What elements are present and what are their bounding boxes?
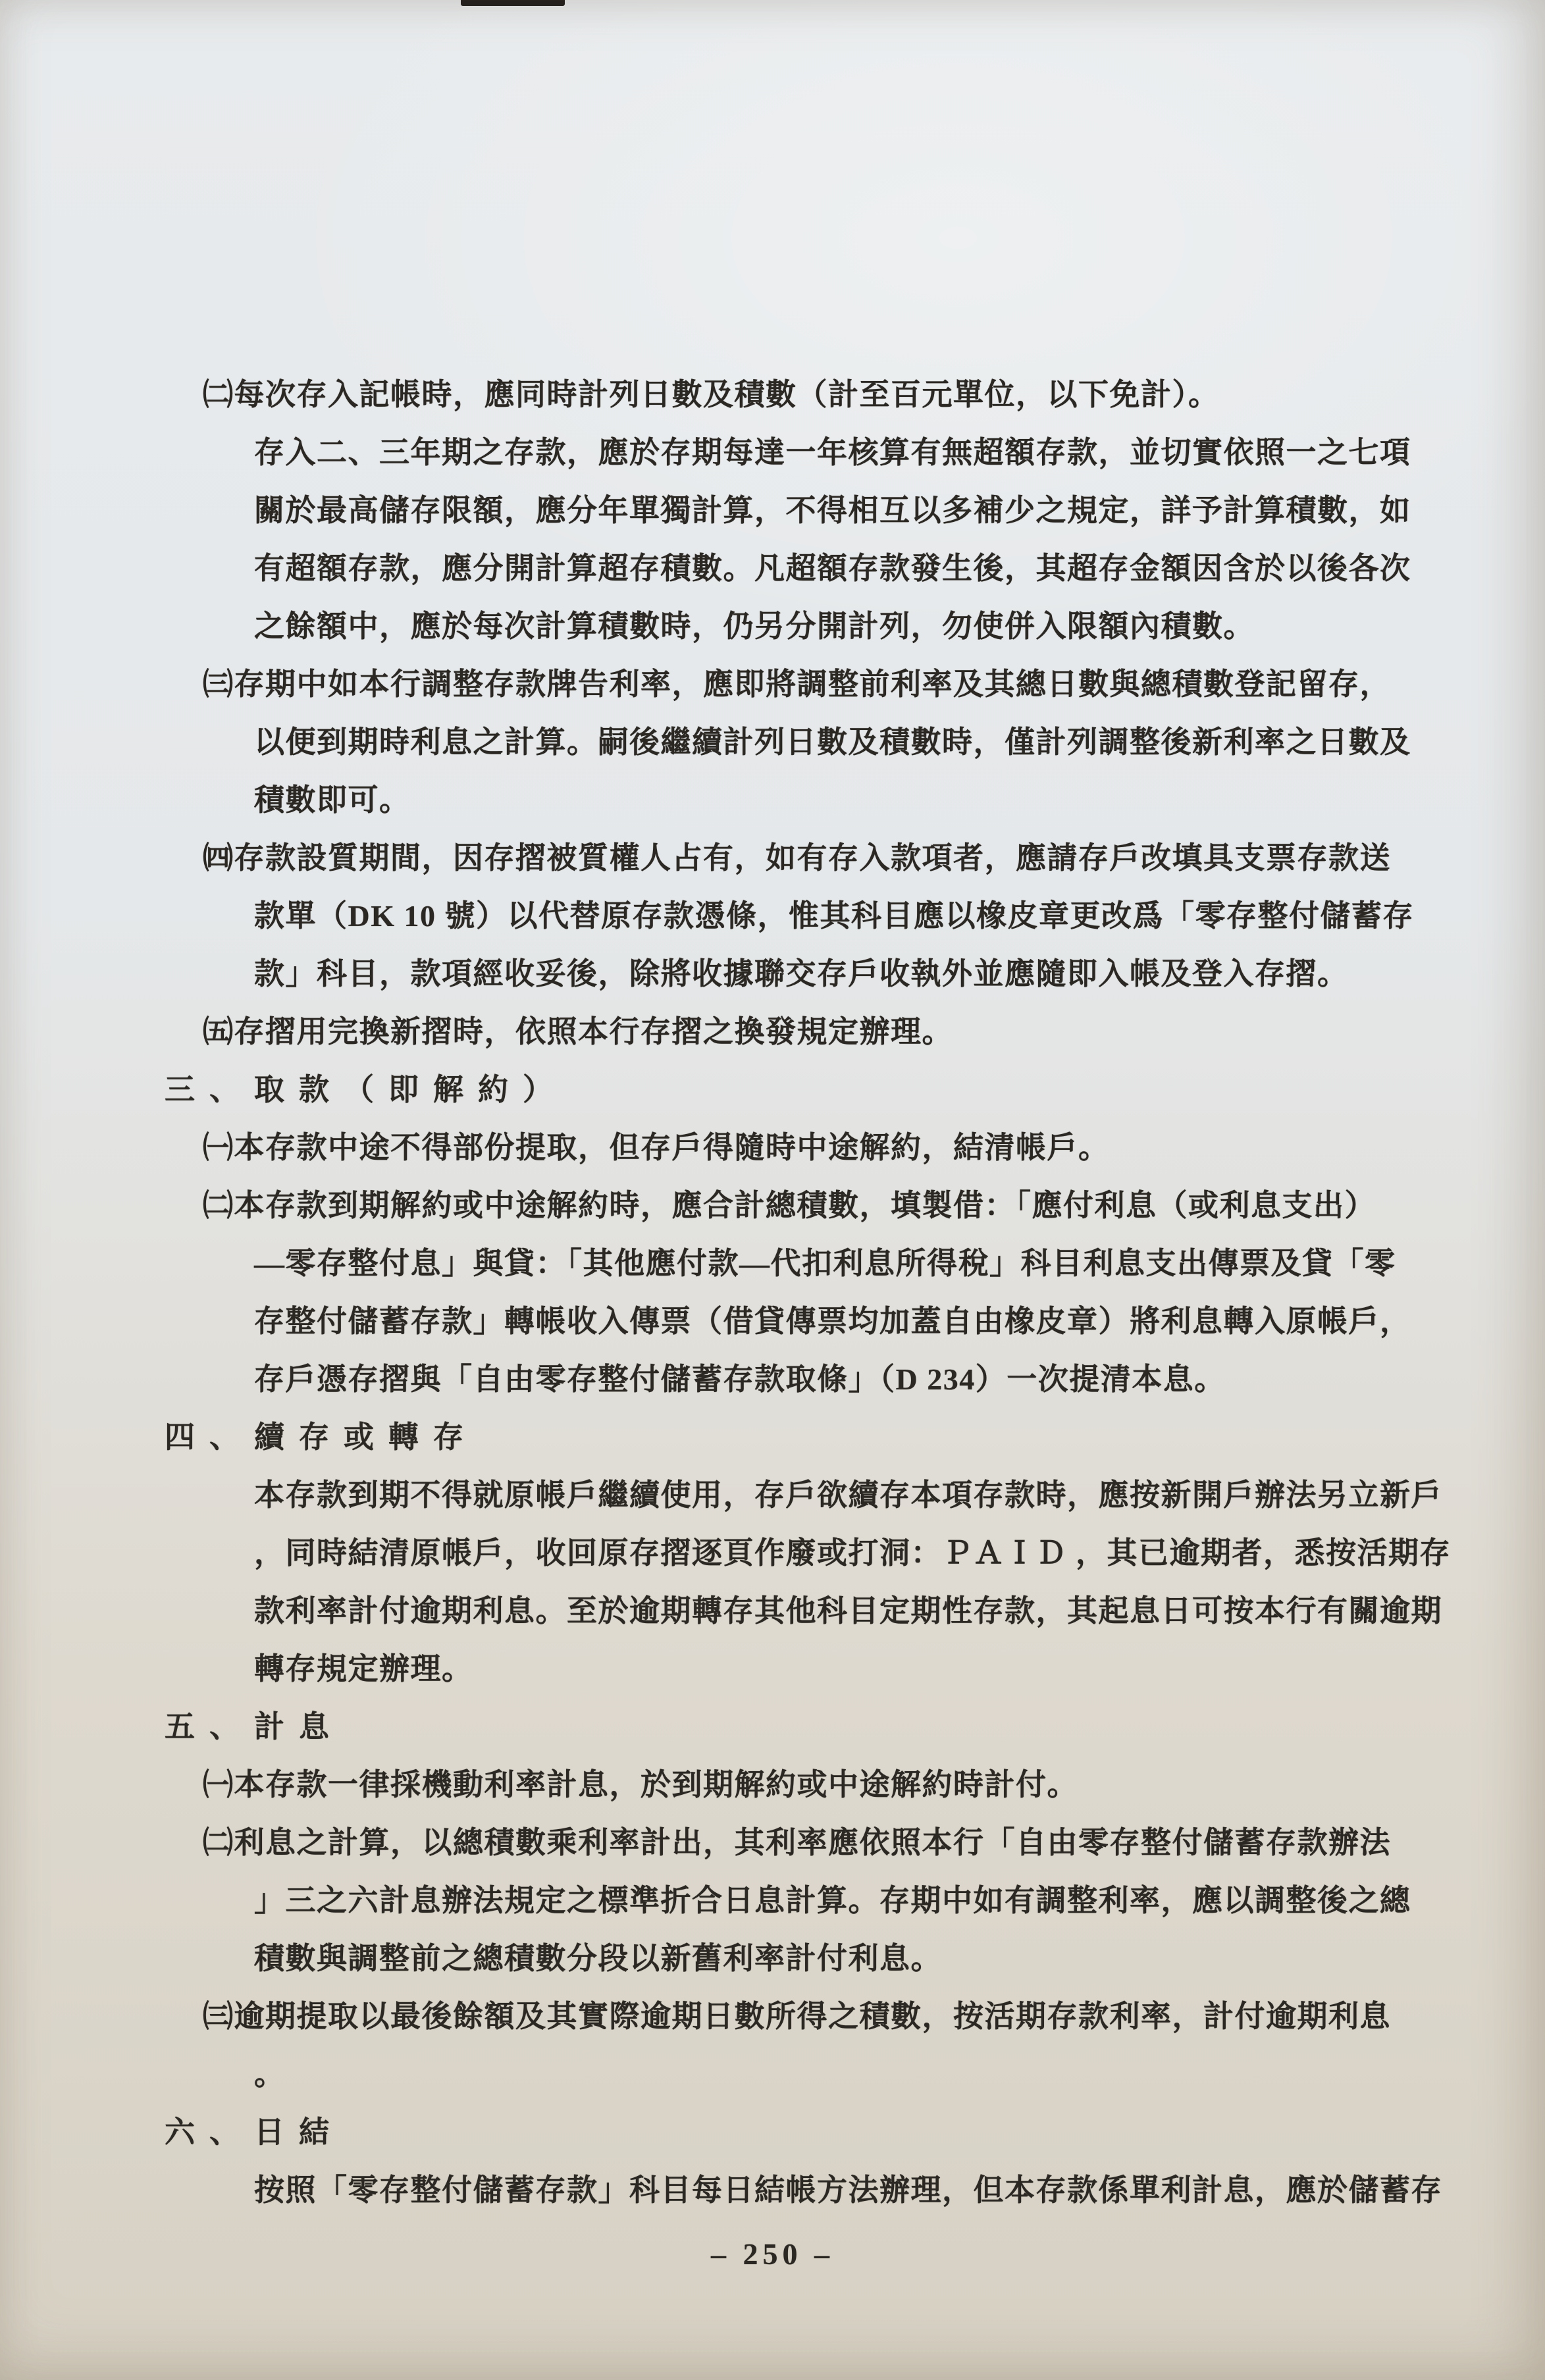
text-line: 本存款到期不得就原帳戶繼續使用，存戶欲續存本項存款時，應按新開戶辦法另立新戶 xyxy=(0,1466,1545,1524)
text-block: ㈡每次存入記帳時，應同時計列日數及積數（計至百元單位，以下免計）。存入二、三年期… xyxy=(0,366,1545,2219)
text-line: 轉存規定辦理。 xyxy=(0,1640,1545,1698)
text-line: ㈢存期中如本行調整存款牌告利率，應即將調整前利率及其總日數與總積數登記留存， xyxy=(0,656,1545,713)
text-line: 款利率計付逾期利息。至於逾期轉存其他科目定期性存款，其起息日可按本行有關逾期 xyxy=(0,1582,1545,1640)
text-line: 存入二、三年期之存款，應於存期每達一年核算有無超額存款，並切實依照一之七項 xyxy=(0,424,1545,482)
page-number: – 250 – xyxy=(0,2237,1545,2271)
text-line: 五、計息 xyxy=(0,1698,1545,1756)
text-line: 積數即可。 xyxy=(0,771,1545,829)
text-line: 。 xyxy=(0,2046,1545,2104)
text-line: ㈡本存款到期解約或中途解約時，應合計總積數，填製借：「應付利息（或利息支出） xyxy=(0,1177,1545,1235)
text-line: 六、日結 xyxy=(0,2104,1545,2161)
text-line: 」三之六計息辦法規定之標準折合日息計算。存期中如有調整利率，應以調整後之總 xyxy=(0,1872,1545,1930)
text-line: 積數與調整前之總積數分段以新舊利率計付利息。 xyxy=(0,1930,1545,1988)
text-line: ㈠本存款一律採機動利率計息，於到期解約或中途解約時計付。 xyxy=(0,1756,1545,1814)
text-line: 款單（DK 10 號）以代替原存款憑條，惟其科目應以橡皮章更改爲「零存整付儲蓄存 xyxy=(0,887,1545,945)
text-line: 存戶憑存摺與「自由零存整付儲蓄存款取條」（D 234）一次提清本息。 xyxy=(0,1351,1545,1409)
text-line: ㈡利息之計算，以總積數乘利率計出，其利率應依照本行「自由零存整付儲蓄存款辦法 xyxy=(0,1814,1545,1872)
text-line: 款」科目，款項經收妥後，除將收據聯交存戶收執外並應隨即入帳及登入存摺。 xyxy=(0,945,1545,1003)
text-line: 以便到期時利息之計算。嗣後繼續計列日數及積數時，僅計列調整後新利率之日數及 xyxy=(0,713,1545,771)
text-line: 有超額存款，應分開計算超存積數。凡超額存款發生後，其超存金額因含於以後各次 xyxy=(0,540,1545,598)
text-line: ，同時結清原帳戶，收回原存摺逐頁作廢或打洞：ＰＡＩＤ ，其已逾期者，悉按活期存 xyxy=(0,1524,1545,1582)
text-line: 存整付儲蓄存款」轉帳收入傳票（借貸傳票均加蓋自由橡皮章）將利息轉入原帳戶， xyxy=(0,1293,1545,1351)
text-line: ㈡每次存入記帳時，應同時計列日數及積數（計至百元單位，以下免計）。 xyxy=(0,366,1545,424)
text-line: —零存整付息」與貸：「其他應付款—代扣利息所得稅」科目利息支出傳票及貸「零 xyxy=(0,1235,1545,1293)
text-line: ㈣存款設質期間，因存摺被質權人占有，如有存入款項者，應請存戶改填具支票存款送 xyxy=(0,829,1545,887)
text-line: 之餘額中，應於每次計算積數時，仍另分開計列，勿使併入限額內積數。 xyxy=(0,598,1545,656)
text-line: ㈤存摺用完換新摺時，依照本行存摺之換發規定辦理。 xyxy=(0,1003,1545,1061)
text-line: 關於最高儲存限額，應分年單獨計算，不得相互以多補少之規定，詳予計算積數，如 xyxy=(0,482,1545,540)
scan-edge-mark xyxy=(461,0,565,6)
text-line: ㈠本存款中途不得部份提取，但存戶得隨時中途解約，結清帳戶。 xyxy=(0,1119,1545,1177)
text-line: 四、續存或轉存 xyxy=(0,1409,1545,1466)
text-line: 三、取款（即解約） xyxy=(0,1061,1545,1119)
text-line: 按照「零存整付儲蓄存款」科目每日結帳方法辦理，但本存款係單利計息，應於儲蓄存 xyxy=(0,2161,1545,2219)
scanned-document-page: ㈡每次存入記帳時，應同時計列日數及積數（計至百元單位，以下免計）。存入二、三年期… xyxy=(0,0,1545,2380)
text-line: ㈢逾期提取以最後餘額及其實際逾期日數所得之積數，按活期存款利率，計付逾期利息 xyxy=(0,1988,1545,2046)
